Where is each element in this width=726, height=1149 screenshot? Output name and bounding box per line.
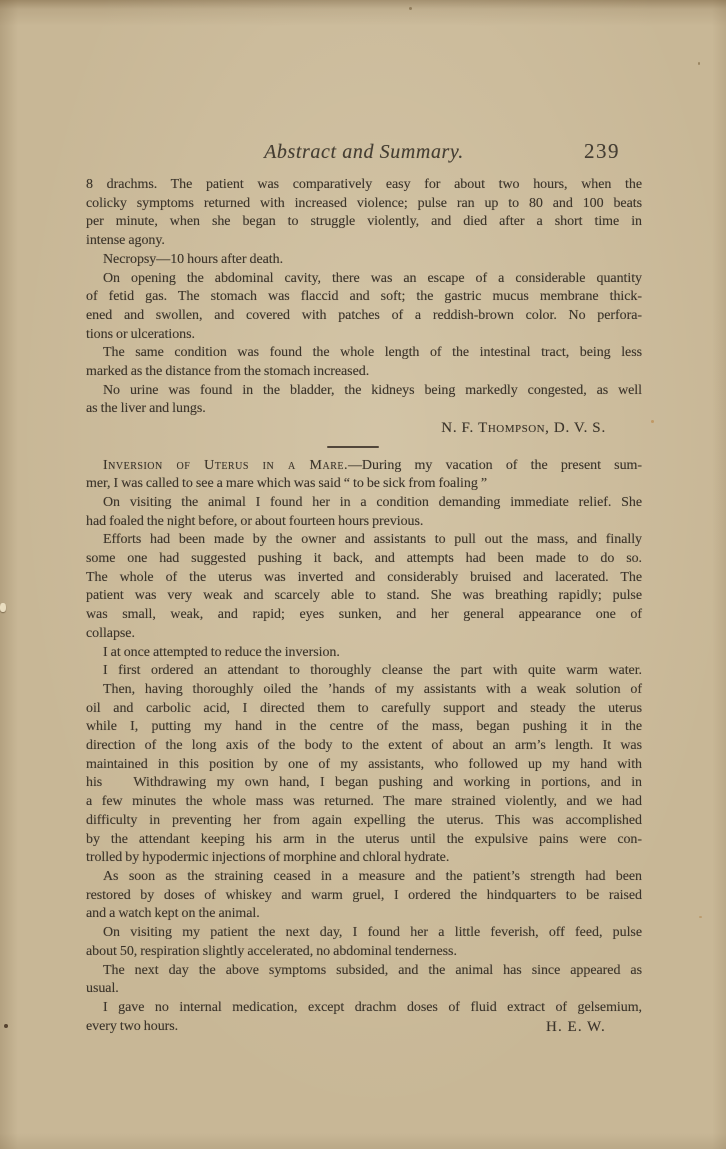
text-line: as the liver and lungs.	[86, 400, 642, 419]
section-divider	[327, 446, 379, 448]
text-line: some one had suggested pushing it back, …	[86, 550, 642, 569]
section-title: Inversion of Uterus in a Mare.	[103, 458, 348, 473]
author-signature: N. F. Thompson, D. V. S.	[86, 419, 642, 438]
author-name-smallcaps: Thompson	[478, 420, 545, 436]
text-line: restored by doses of whiskey and warm gr…	[86, 887, 642, 906]
text-line: and a watch kept on the animal.	[86, 905, 642, 924]
text-line: maintained in this position by one of my…	[86, 756, 642, 775]
text-line: Necropsy—10 hours after death.	[86, 251, 642, 270]
text-line: mer, I was called to see a mare which wa…	[86, 475, 642, 494]
text-line: a few minutes the whole mass was returne…	[86, 793, 642, 812]
book-page: Abstract and Summary. 239 8 drachms. The…	[0, 0, 726, 1149]
text-line: had foaled the night before, or about fo…	[86, 513, 642, 532]
text-line: his Withdrawing my own hand, I began pus…	[86, 774, 642, 793]
text-body: 8 drachms. The patient was comparatively…	[86, 176, 642, 1036]
text-line: by the attendant keeping his arm in the …	[86, 831, 642, 850]
text-line: difficulty in preventing her from again …	[86, 812, 642, 831]
page-number: 239	[584, 139, 620, 164]
text-line: On visiting the animal I found her in a …	[86, 494, 642, 513]
scan-speck	[651, 420, 654, 423]
text-line: Then, having thoroughly oiled the ’hands…	[86, 681, 642, 700]
text-line: was small, weak, and rapid; eyes sunken,…	[86, 606, 642, 625]
scan-speck	[409, 7, 412, 10]
closing-text: every two hours.	[86, 1018, 178, 1037]
text-line: The whole of the uterus was inverted and…	[86, 569, 642, 588]
text-line: The next day the above symptoms subsided…	[86, 962, 642, 981]
text-line: trolled by hypodermic injections of morp…	[86, 849, 642, 868]
scan-speck	[4, 1024, 8, 1028]
text-line: colicky symptoms returned with increased…	[86, 195, 642, 214]
text-line: I at once attempted to reduce the invers…	[86, 644, 642, 663]
text-line: tions or ulcerations.	[86, 326, 642, 345]
text-line: The same condition was found the whole l…	[86, 344, 642, 363]
text-line: patient was very weak and scarcely able …	[86, 587, 642, 606]
text-line: per minute, when she began to struggle v…	[86, 213, 642, 232]
text-line: Efforts had been made by the owner and a…	[86, 531, 642, 550]
closing-line: every two hours.H. E. W.	[86, 1018, 642, 1037]
text-line: ened and swollen, and covered with patch…	[86, 307, 642, 326]
text-line: of fetid gas. The stomach was flaccid an…	[86, 288, 642, 307]
text-line: On opening the abdominal cavity, there w…	[86, 270, 642, 289]
section-heading-line: Inversion of Uterus in a Mare.—During my…	[86, 457, 642, 476]
text-line: I first ordered an attendant to thorough…	[86, 662, 642, 681]
text-line: collapse.	[86, 625, 642, 644]
running-head-title: Abstract and Summary.	[86, 141, 642, 164]
text-line: direction of the long axis of the body t…	[86, 737, 642, 756]
text-line: about 50, respiration slightly accelerat…	[86, 943, 642, 962]
text-line: intense agony.	[86, 232, 642, 251]
text-line: while I, putting my hand in the centre o…	[86, 718, 642, 737]
text-line: On visiting my patient the next day, I f…	[86, 924, 642, 943]
page-header: Abstract and Summary. 239	[86, 141, 642, 167]
text-line: No urine was found in the bladder, the k…	[86, 382, 642, 401]
text-line: usual.	[86, 980, 642, 999]
editor-initials: H. E. W.	[546, 1018, 606, 1037]
scan-scratch	[0, 603, 6, 612]
text-line: As soon as the straining ceased in a mea…	[86, 868, 642, 887]
text-line: marked as the distance from the stomach …	[86, 363, 642, 382]
text-line: oil and carbolic acid, I directed them t…	[86, 700, 642, 719]
text-line: 8 drachms. The patient was comparatively…	[86, 176, 642, 195]
text-line: I gave no internal medication, except dr…	[86, 999, 642, 1018]
scan-speck	[699, 916, 702, 918]
scan-speck	[698, 62, 700, 65]
